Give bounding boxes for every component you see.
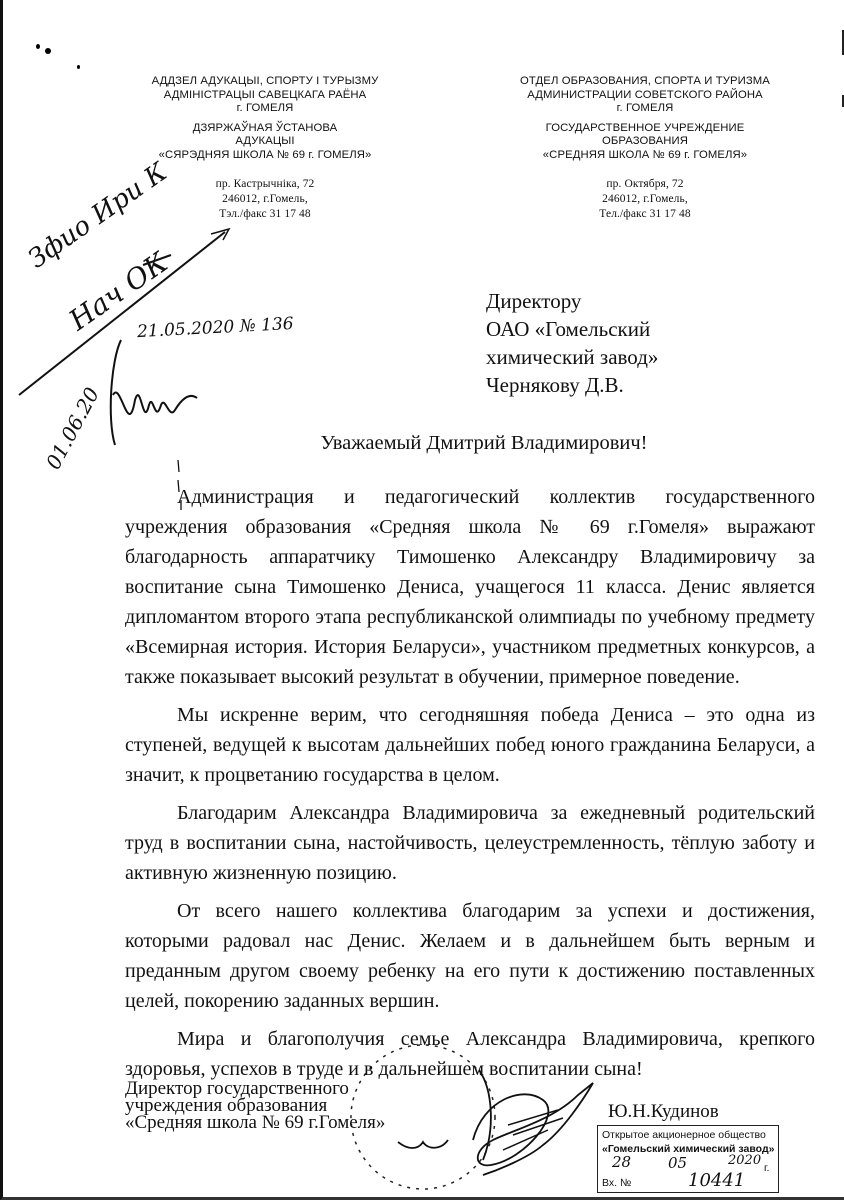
body-paragraph: Администрация и педагогический коллектив… — [125, 482, 815, 692]
stamp-number: 10441 — [688, 1170, 745, 1191]
incoming-registration-stamp: Открытое акционерное общество «Гомельски… — [597, 1125, 779, 1193]
department-line: г. ГОМЕЛЯ — [485, 102, 805, 116]
addressee-line: химический завод» — [486, 343, 658, 371]
letter-body: Администрация и педагогический коллектив… — [125, 482, 815, 1084]
handwritten-date: 01.06.20 — [41, 383, 104, 473]
letter-page: АДДЗЕЛ АДУКАЦЫІ, СПОРТУ І ТУРЫЗМУ АДМІНІ… — [0, 0, 844, 1200]
address-line: пр. Октября, 72 — [485, 177, 805, 192]
scan-speck — [77, 65, 80, 69]
addressee-line: Директору — [486, 287, 658, 315]
body-paragraph: Благодарим Александра Владимировича за е… — [125, 798, 815, 888]
department-line: АДДЗЕЛ АДУКАЦЫІ, СПОРТУ І ТУРЫЗМУ — [105, 75, 425, 89]
addressee-line: Чернякову Д.В. — [486, 371, 658, 399]
institution-line: ГОСУДАРСТВЕННОЕ УЧРЕЖДЕНИЕ — [485, 122, 805, 136]
letterhead-belarusian: АДДЗЕЛ АДУКАЦЫІ, СПОРТУ І ТУРЫЗМУ АДМІНІ… — [105, 75, 425, 222]
addressee-line: ОАО «Гомельский — [486, 315, 658, 343]
department-line: АДМИНИСТРАЦИИ СОВЕТСКОГО РАЙОНА — [485, 89, 805, 103]
stamp-day: 28 — [612, 1153, 631, 1171]
institution-line: «СРЕДНЯЯ ШКОЛА № 69 г. ГОМЕЛЯ» — [485, 149, 805, 163]
stamp-number-label: Вх. № — [602, 1177, 631, 1189]
institution-line: ДЗЯРЖАЎНАЯ ЎСТАНОВА — [105, 122, 425, 136]
addressee-block: Директору ОАО «Гомельский химический зав… — [486, 287, 658, 399]
stamp-company-type: Открытое акционерное общество — [602, 1129, 766, 1141]
signatory-title-line: «Средняя школа № 69 г.Гомеля» — [125, 1114, 385, 1131]
institution-line: ОБРАЗОВАНИЯ — [485, 135, 805, 149]
institution-line: АДУКАЦЫІ — [105, 135, 425, 149]
address-line: Тел./факс 31 17 48 — [485, 207, 805, 222]
scan-speck — [45, 48, 51, 54]
address-line: Тэл./факс 31 17 48 — [105, 207, 425, 222]
signatory-name: Ю.Н.Кудинов — [608, 1101, 719, 1123]
body-paragraph: От всего нашего коллектива благодарим за… — [125, 896, 815, 1016]
stamp-year-suffix: г. — [764, 1162, 769, 1174]
stamp-year: 2020 — [728, 1153, 761, 1168]
salutation: Уважаемый Дмитрий Владимирович! — [3, 432, 844, 455]
address-line: 246012, г.Гомель, — [485, 192, 805, 207]
body-paragraph: Мы искренне верим, что сегодняшняя побед… — [125, 700, 815, 790]
body-paragraph: Мира и благополучия семье Александра Вла… — [125, 1024, 815, 1084]
department-line: АДМІНІСТРАЦЫІ САВЕЦКАГА РАЁНА — [105, 89, 425, 103]
scan-speck — [36, 44, 40, 49]
handwritten-registration: 21.05.2020 № 136 — [137, 314, 295, 342]
department-line: ОТДЕЛ ОБРАЗОВАНИЯ, СПОРТА И ТУРИЗМА — [485, 75, 805, 89]
department-line: г. ГОМЕЛЯ — [105, 102, 425, 116]
signatory-title: Директор государственного учреждения обр… — [125, 1080, 385, 1131]
stamp-month: 05 — [668, 1154, 687, 1172]
letterhead-russian: ОТДЕЛ ОБРАЗОВАНИЯ, СПОРТА И ТУРИЗМА АДМИ… — [485, 75, 805, 222]
